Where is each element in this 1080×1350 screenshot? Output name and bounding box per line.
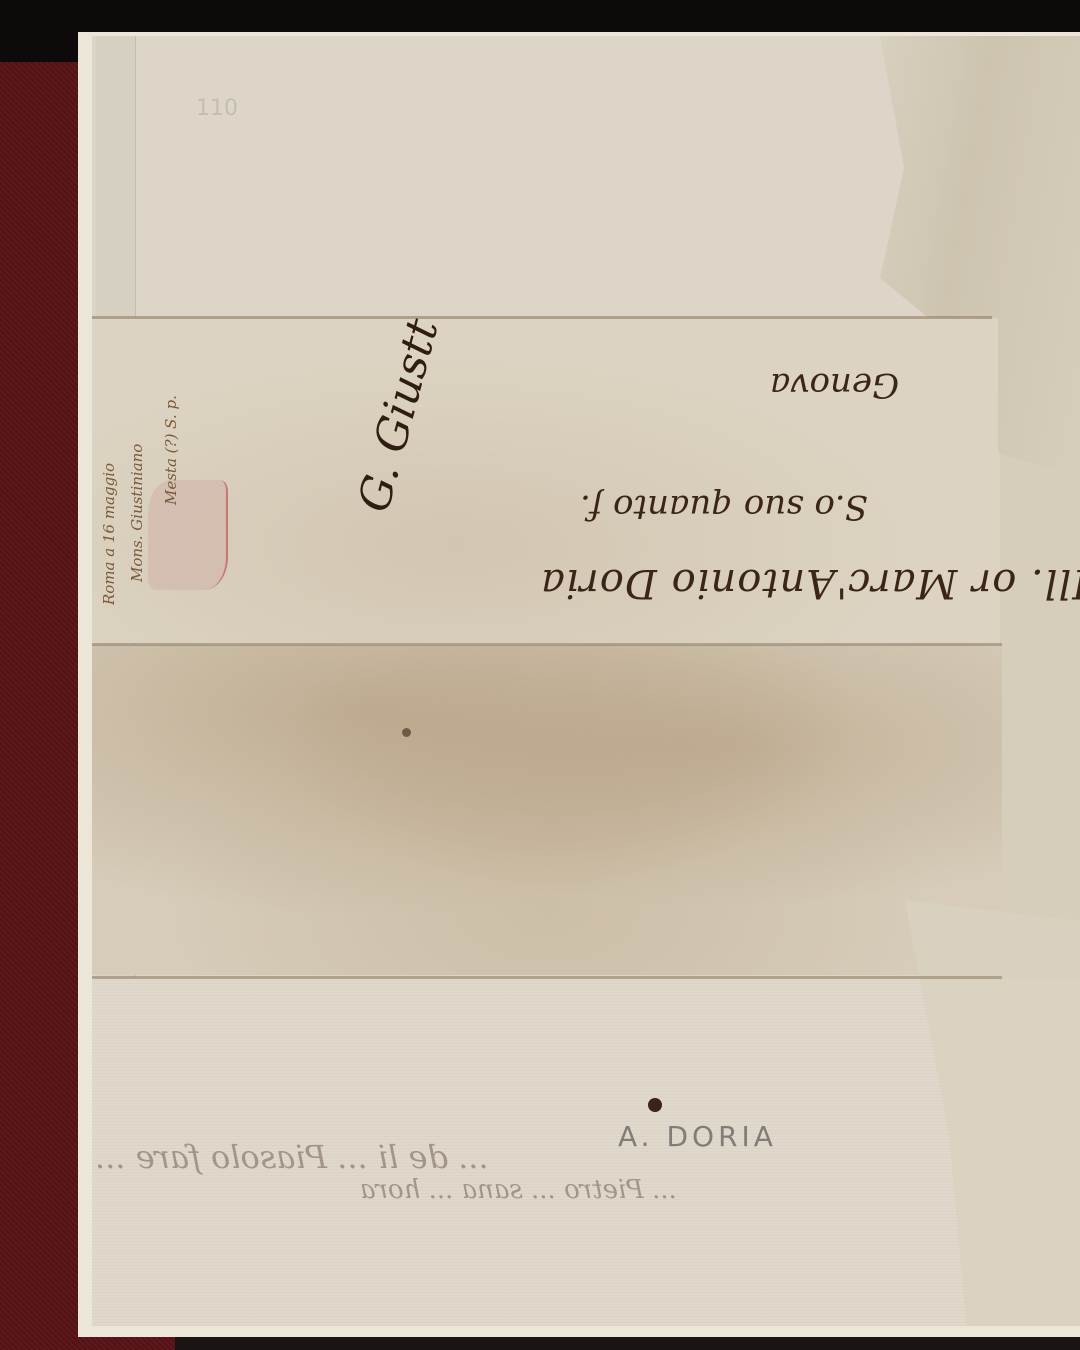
bleed-through-line-1: ... de li ... Piasolo fare ... — [95, 1138, 489, 1176]
bleed-through-line-2: ... Pietro ... sana ... hora — [360, 1175, 677, 1205]
archival-pencil-label: A. DORIA — [618, 1120, 777, 1153]
faint-folio-number: 110 — [196, 96, 238, 121]
fold-crease — [92, 976, 1002, 979]
ink-blot — [402, 728, 411, 737]
ink-blot — [648, 1098, 662, 1112]
top-fold-panel — [136, 36, 966, 316]
fold-crease — [92, 316, 992, 319]
seal-stain — [148, 480, 228, 590]
address-city: Genova — [770, 365, 899, 405]
fold-crease — [92, 643, 1002, 646]
stained-fold-panel — [92, 645, 1002, 975]
right-sheet-edge — [1000, 400, 1080, 1000]
docket-note-line-1: Roma a 16 maggio — [100, 463, 118, 605]
docket-note-line-3: Mesta (?) S. p. — [162, 395, 180, 505]
docket-note-line-2: Mons. Giustiniano — [128, 444, 146, 582]
address-line-1: Ill. or Marc'Antonio Doria — [540, 560, 1080, 606]
address-line-2: S.o suo quanto f. — [580, 487, 868, 527]
